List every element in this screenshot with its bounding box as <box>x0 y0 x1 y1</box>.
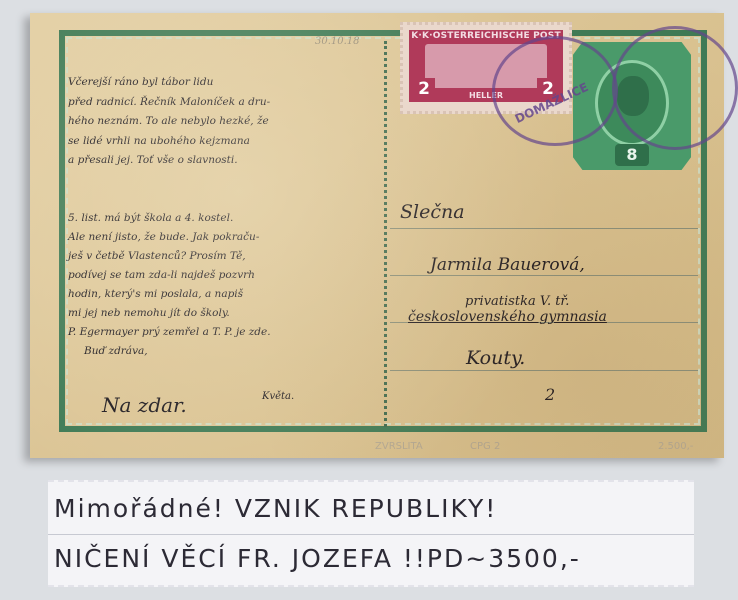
address-line-3: privatistka V. tř. <box>465 294 569 309</box>
pencil-note: ZVRSLITA <box>375 441 423 452</box>
message-line: hodin, který's mi poslala, a napiš <box>68 285 271 304</box>
message-line: P. Egermayer prý zemřel a T. P. je zde. <box>68 323 271 342</box>
center-divider <box>384 41 387 427</box>
address-city: Kouty. <box>466 347 525 369</box>
address-mark: 2 <box>545 385 555 404</box>
message-line: před radnicí. Řečník Maloníček a dru- <box>68 93 270 113</box>
date-pencil-note: 30.10.18 <box>315 36 360 47</box>
message-line: hého neznám. To ale nebylo hezké, že <box>68 112 270 132</box>
message-part-1: Včerejší ráno byl tábor lidu před radnic… <box>68 73 270 171</box>
address-rule <box>390 275 698 276</box>
label-rule <box>48 534 694 535</box>
label-line-2: NIČENÍ VĚCÍ FR. JOZEFA !!PD~3500,- <box>54 544 581 573</box>
address-name: Jarmila Bauerová, <box>430 255 585 275</box>
address-line-4: československého gymnasia <box>408 309 607 325</box>
message-line: Buď zdráva, <box>68 342 271 361</box>
pencil-note: CPG 2 <box>470 441 500 452</box>
address-rule <box>390 370 698 371</box>
message-line: mi jej neb nemohu jít do školy. <box>68 304 271 323</box>
signature: Květa. <box>262 391 294 402</box>
message-line: podívej se tam zda-li najdeš pozvrh <box>68 266 271 285</box>
message-line: a přesali jej. Toť vše o slavnosti. <box>68 151 270 171</box>
dealer-label: Mimořádné! VZNIK REPUBLIKY! NIČENÍ VĚCÍ … <box>48 480 694 587</box>
message-line: Včerejší ráno byl tábor lidu <box>68 73 270 93</box>
address-salutation: Slečna <box>400 201 465 223</box>
message-line: Ale není jisto, že bude. Jak pokraču- <box>68 228 271 247</box>
message-part-2: 5. list. má být škola a 4. kostel. Ale n… <box>68 209 271 361</box>
message-line: 5. list. má být škola a 4. kostel. <box>68 209 271 228</box>
message-line: ješ v četbě Vlastenců? Prosím Tě, <box>68 247 271 266</box>
label-line-1: Mimořádné! VZNIK REPUBLIKY! <box>54 494 497 523</box>
postmark-circle <box>612 26 738 150</box>
stamp-value: 8 <box>615 144 649 166</box>
stamp-value-left: 2 <box>413 78 435 100</box>
message-line: se lidé vrhli na ubohého kejzmana <box>68 132 270 152</box>
pencil-note: 2.500,- <box>658 441 693 452</box>
closing-greeting: Na zdar. <box>102 393 187 417</box>
postmark-circle <box>492 36 618 146</box>
address-rule <box>390 228 698 229</box>
